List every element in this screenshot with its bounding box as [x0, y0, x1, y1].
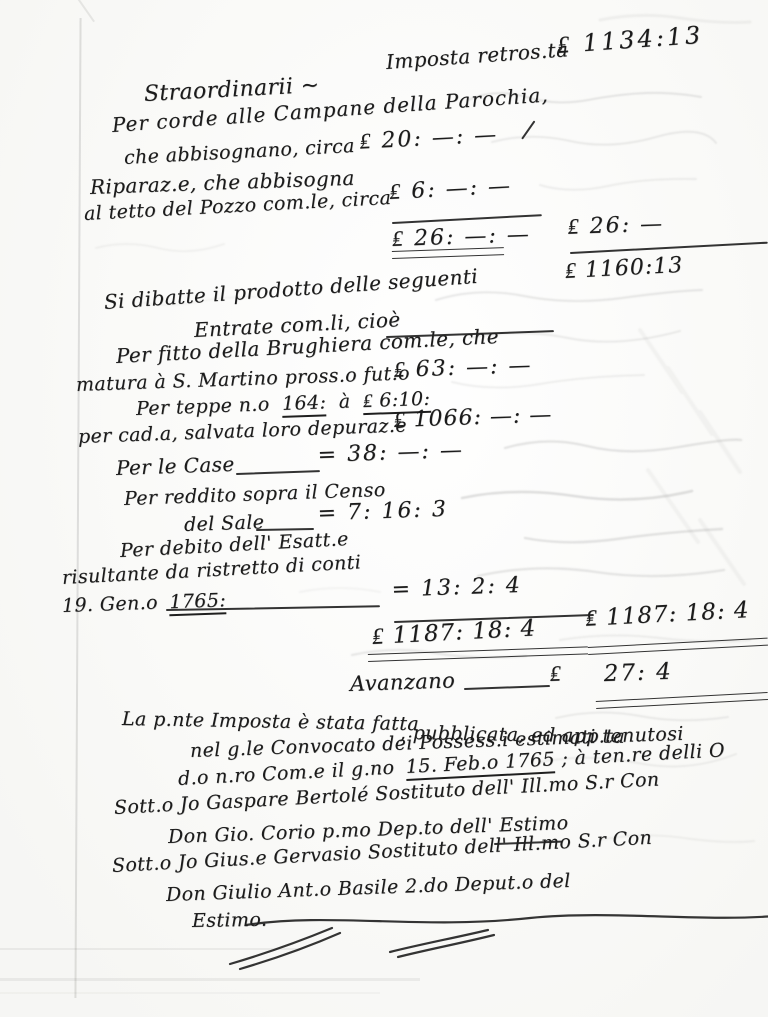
flourish-stroke: [240, 933, 340, 969]
scanned-manuscript-page: Imposta retros.ta ₤ 1134:13 Straordinari…: [0, 0, 768, 1017]
flourish-stroke: [230, 928, 332, 964]
flourish-layer: [0, 0, 768, 1017]
closing-rule: [246, 915, 768, 925]
